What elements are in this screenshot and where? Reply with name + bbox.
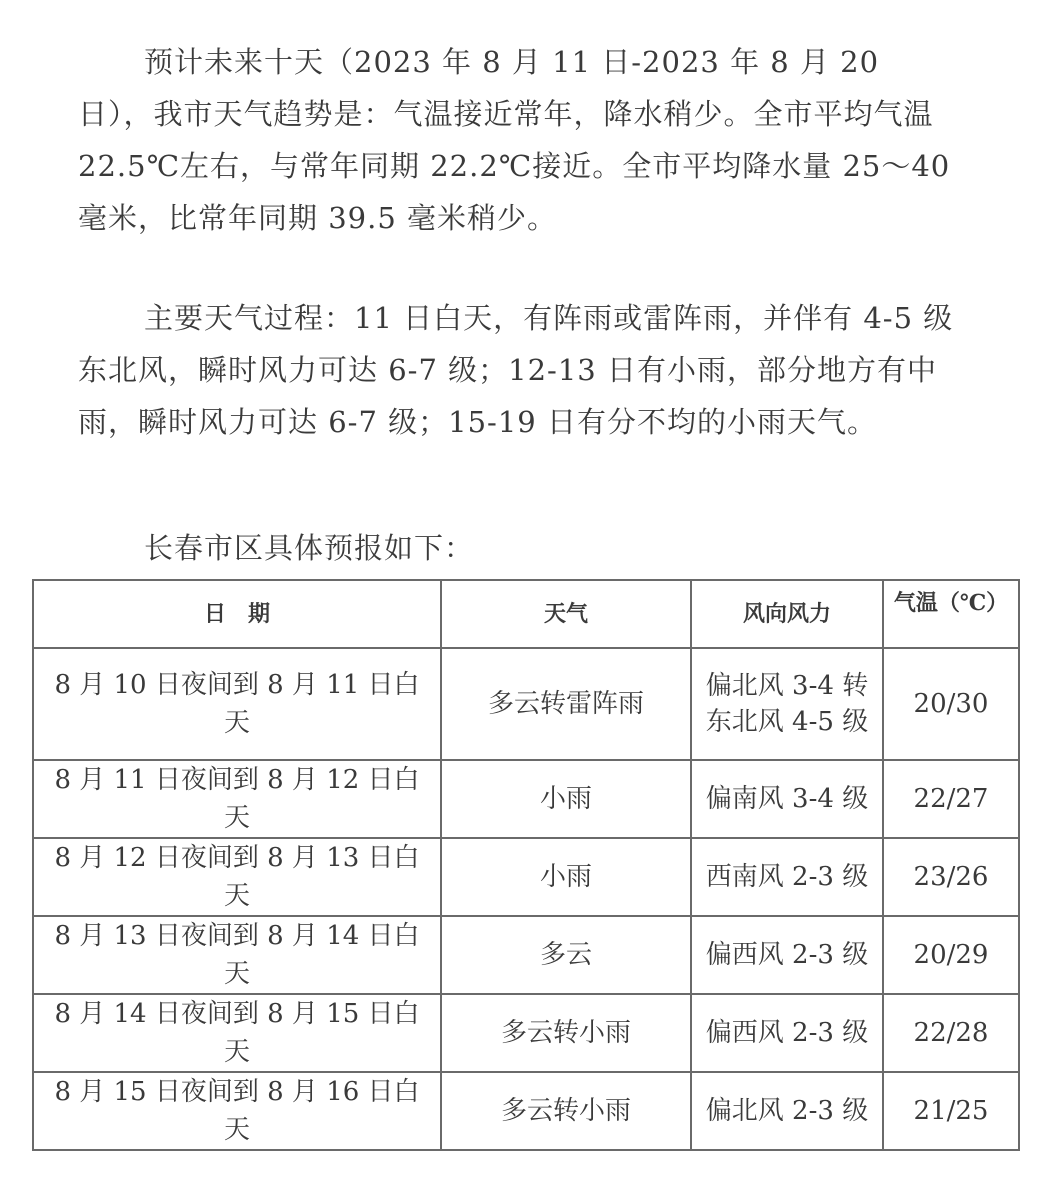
cell-wind: 偏西风 2-3 级 [691, 916, 883, 994]
cell-temp: 21/25 [883, 1072, 1019, 1150]
cell-wind: 偏北风 3-4 转东北风 4-5 级 [691, 648, 883, 760]
intro-text: 长春市区具体预报如下： [144, 531, 474, 565]
table-row: 8 月 11 日夜间到 8 月 12 日白天 小雨 偏南风 3-4 级 22/2… [33, 760, 1019, 838]
table-row: 8 月 10 日夜间到 8 月 11 日白天 多云转雷阵雨 偏北风 3-4 转东… [33, 648, 1019, 760]
table-header-row: 日 期 天气 风向风力 气温（℃） [33, 580, 1019, 648]
forecast-summary-paragraph: 预计未来十天（2023 年 8 月 11 日-2023 年 8 月 20 日），… [78, 36, 958, 244]
process-text: 主要天气过程：11 日白天，有阵雨或雷阵雨，并伴有 4-5 级东北风，瞬时风力可… [78, 301, 953, 439]
cell-date: 8 月 10 日夜间到 8 月 11 日白天 [33, 648, 441, 760]
cell-date: 8 月 11 日夜间到 8 月 12 日白天 [33, 760, 441, 838]
weather-process-paragraph: 主要天气过程：11 日白天，有阵雨或雷阵雨，并伴有 4-5 级东北风，瞬时风力可… [78, 292, 958, 448]
header-wind: 风向风力 [691, 580, 883, 648]
cell-weather: 小雨 [441, 760, 691, 838]
table-row: 8 月 14 日夜间到 8 月 15 日白天 多云转小雨 偏西风 2-3 级 2… [33, 994, 1019, 1072]
cell-temp: 20/30 [883, 648, 1019, 760]
cell-temp: 20/29 [883, 916, 1019, 994]
header-temperature: 气温（℃） [883, 580, 1019, 648]
table-row: 8 月 15 日夜间到 8 月 16 日白天 多云转小雨 偏北风 2-3 级 2… [33, 1072, 1019, 1150]
cell-weather: 多云 [441, 916, 691, 994]
cell-weather: 小雨 [441, 838, 691, 916]
cell-temp: 22/27 [883, 760, 1019, 838]
cell-date: 8 月 15 日夜间到 8 月 16 日白天 [33, 1072, 441, 1150]
cell-date: 8 月 12 日夜间到 8 月 13 日白天 [33, 838, 441, 916]
header-weather: 天气 [441, 580, 691, 648]
cell-wind: 偏南风 3-4 级 [691, 760, 883, 838]
cell-weather: 多云转小雨 [441, 1072, 691, 1150]
cell-temp: 23/26 [883, 838, 1019, 916]
cell-wind: 偏西风 2-3 级 [691, 994, 883, 1072]
cell-date: 8 月 13 日夜间到 8 月 14 日白天 [33, 916, 441, 994]
cell-date: 8 月 14 日夜间到 8 月 15 日白天 [33, 994, 441, 1072]
cell-wind: 偏北风 2-3 级 [691, 1072, 883, 1150]
cell-weather: 多云转小雨 [441, 994, 691, 1072]
table-intro-paragraph: 长春市区具体预报如下： [78, 522, 958, 574]
cell-temp: 22/28 [883, 994, 1019, 1072]
cell-weather: 多云转雷阵雨 [441, 648, 691, 760]
header-date: 日 期 [33, 580, 441, 648]
table-row: 8 月 12 日夜间到 8 月 13 日白天 小雨 西南风 2-3 级 23/2… [33, 838, 1019, 916]
forecast-table: 日 期 天气 风向风力 气温（℃） 8 月 10 日夜间到 8 月 11 日白天… [32, 579, 1020, 1151]
cell-wind: 西南风 2-3 级 [691, 838, 883, 916]
summary-text: 预计未来十天（2023 年 8 月 11 日-2023 年 8 月 20 日），… [78, 45, 950, 235]
table-row: 8 月 13 日夜间到 8 月 14 日白天 多云 偏西风 2-3 级 20/2… [33, 916, 1019, 994]
